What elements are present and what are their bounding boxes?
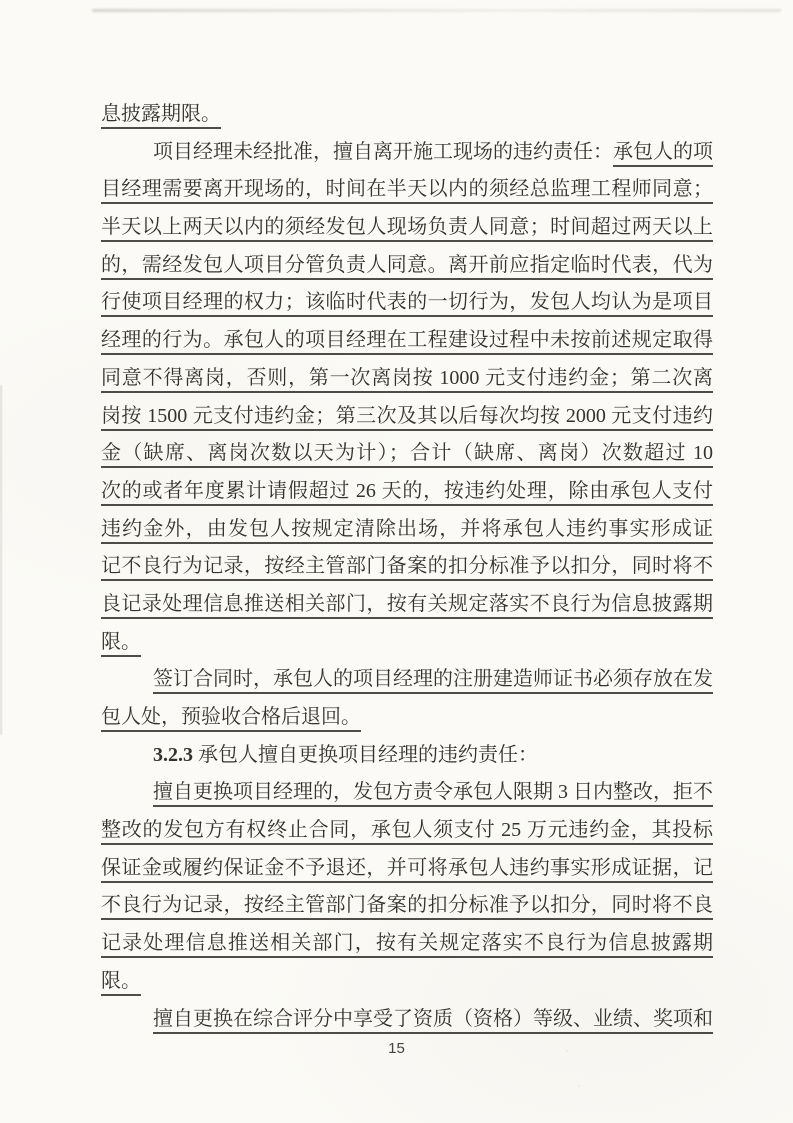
underlined-text: 的，需经发包人项目分管负责人同意。离开前应指定临时代表，代为 (101, 254, 713, 276)
text-line: 金（缺席、离岗次数以天为计）；合计（缺席、离岗）次数超过 10 (101, 435, 713, 473)
text-line: 良记录处理信息推送相关部门，按有关规定落实不良行为信息披露期 (101, 586, 713, 624)
text-line: 行使项目经理的权力；该临时代表的一切行为，发包人均认为是项目 (101, 284, 713, 322)
text-line: 息披露期限。 (101, 96, 713, 134)
underlined-text: 岗按 1500 元支付违约金；第三次及其以后每次均按 2000 元支付违约 (101, 405, 713, 427)
text-line: 项目经理未经批准，擅自离开施工现场的违约责任：承包人的项 (101, 134, 713, 172)
text-line: 的，需经发包人项目分管负责人同意。离开前应指定临时代表，代为 (101, 247, 713, 285)
plain-text: 承包人擅自更换项目经理的违约责任： (198, 744, 538, 766)
underlined-text: 不良行为记录，按经主管部门备案的扣分标准予以扣分，同时将不良 (101, 894, 713, 916)
underlined-text: 同意不得离岗，否则，第一次离岗按 1000 元支付违约金；第二次离 (101, 367, 713, 389)
text-line: 3.2.3 承包人擅自更换项目经理的违约责任： (101, 737, 713, 775)
plain-text: 项目经理未经批准，擅自离开施工现场的违约责任： (153, 141, 613, 163)
underlined-text: 金（缺席、离岗次数以天为计）；合计（缺席、离岗）次数超过 10 (101, 442, 713, 464)
text-line: 记录处理信息推送相关部门，按有关规定落实不良行为信息披露期 (101, 925, 713, 963)
text-line: 限。 (101, 624, 713, 662)
underlined-text: 保证金或履约保证金不予退还，并可将承包人违约事实形成证据，记 (101, 857, 713, 879)
underlined-text: 记录处理信息推送相关部门，按有关规定落实不良行为信息披露期 (101, 932, 713, 954)
text-line: 次的或者年度累计请假超过 26 天的，按违约处理，除由承包人支付 (101, 473, 713, 511)
text-line: 不良行为记录，按经主管部门备案的扣分标准予以扣分，同时将不良 (101, 887, 713, 925)
plain-text: 3.2.3 (153, 744, 198, 766)
underlined-text: 包人处，预验收合格后退回。 (101, 706, 361, 728)
text-line: 擅自更换在综合评分中享受了资质（资格）等级、业绩、奖项和 (101, 1001, 713, 1039)
underlined-text: 整改的发包方有权终止合同，承包人须支付 25 万元违约金，其投标 (101, 819, 713, 841)
underlined-text: 良记录处理信息推送相关部门，按有关规定落实不良行为信息披露期 (101, 593, 713, 615)
text-line: 包人处，预验收合格后退回。 (101, 699, 713, 737)
scan-artifact-top-streak (92, 9, 781, 12)
text-line: 同意不得离岗，否则，第一次离岗按 1000 元支付违约金；第二次离 (101, 360, 713, 398)
underlined-text: 半天以上两天以内的须经发包人现场负责人同意；时间超过两天以上 (101, 216, 713, 238)
underlined-text: 息披露期限。 (101, 103, 221, 125)
text-line: 违约金外，由发包人按规定清除出场，并将承包人违约事实形成证据， (101, 511, 713, 549)
underlined-text: 行使项目经理的权力；该临时代表的一切行为，发包人均认为是项目 (101, 291, 713, 313)
scanned-page: 息披露期限。项目经理未经批准，擅自离开施工现场的违约责任：承包人的项目经理需要离… (0, 0, 793, 1123)
underlined-text: 次的或者年度累计请假超过 26 天的，按违约处理，除由承包人支付 (101, 480, 713, 502)
underlined-text: 限。 (101, 970, 141, 992)
text-line: 整改的发包方有权终止合同，承包人须支付 25 万元违约金，其投标 (101, 812, 713, 850)
underlined-text: 经理的行为。承包人的项目经理在工程建设过程中未按前述规定取得 (101, 329, 713, 351)
text-line: 经理的行为。承包人的项目经理在工程建设过程中未按前述规定取得 (101, 322, 713, 360)
text-line: 记不良行为记录，按经主管部门备案的扣分标准予以扣分，同时将不 (101, 548, 713, 586)
underlined-text: 目经理需要离开现场的，时间在半天以内的须经总监理工程师同意； (101, 178, 713, 200)
text-line: 保证金或履约保证金不予退还，并可将承包人违约事实形成证据，记 (101, 850, 713, 888)
text-line: 目经理需要离开现场的，时间在半天以内的须经总监理工程师同意； (101, 171, 713, 209)
underlined-text: 限。 (101, 631, 141, 653)
underlined-text: 承包人的项 (613, 141, 713, 163)
document-lines: 息披露期限。项目经理未经批准，擅自离开施工现场的违约责任：承包人的项目经理需要离… (101, 96, 713, 1038)
text-line: 限。 (101, 963, 713, 1001)
underlined-text: 擅自更换在综合评分中享受了资质（资格）等级、业绩、奖项和 (153, 1008, 713, 1030)
text-line: 岗按 1500 元支付违约金；第三次及其以后每次均按 2000 元支付违约 (101, 398, 713, 436)
underlined-text: 签订合同时，承包人的项目经理的注册建造师证书必须存放在发 (153, 668, 713, 690)
page-number: 15 (0, 1040, 793, 1057)
underlined-text: 记不良行为记录，按经主管部门备案的扣分标准予以扣分，同时将不 (101, 555, 713, 577)
text-line: 签订合同时，承包人的项目经理的注册建造师证书必须存放在发 (101, 661, 713, 699)
underlined-text: 违约金外，由发包人按规定清除出场，并将承包人违约事实形成证据， (101, 518, 713, 549)
text-line: 擅自更换项目经理的，发包方责令承包人限期 3 日内整改，拒不 (101, 774, 713, 812)
underlined-text: 擅自更换项目经理的，发包方责令承包人限期 3 日内整改，拒不 (153, 781, 713, 803)
text-line: 半天以上两天以内的须经发包人现场负责人同意；时间超过两天以上 (101, 209, 713, 247)
scan-artifact-left-edge (0, 385, 2, 735)
